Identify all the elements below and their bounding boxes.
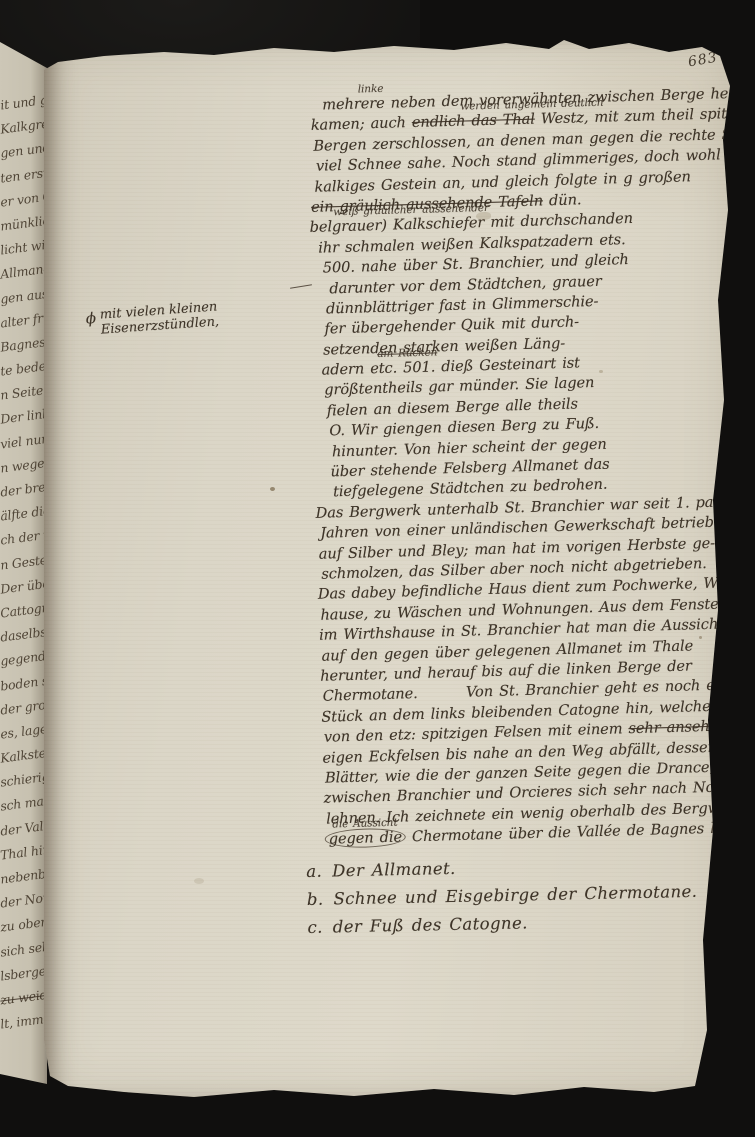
text-segment: sehr ansehn (628, 718, 719, 738)
manuscript-page: 683 ϕ mit vielen kleinen Eisenerzstündle… (44, 40, 730, 1098)
interlinear-insert: am Rücken (377, 347, 437, 359)
list-item-label: c. (307, 918, 323, 937)
list-item-label: a. (306, 862, 322, 881)
paper-stain (194, 878, 204, 884)
ink-speck (270, 487, 275, 491)
facing-page-fragments: it und großenKalkgreisen,gen und weitert… (0, 88, 46, 1031)
margin-note: ϕ mit vielen kleinen Eisenerzstündlen, (85, 299, 219, 338)
body-text: linkemehrere neben dem vorerwähnten zwis… (304, 84, 730, 850)
photographed-manuscript: { "document": { "page_number": "683", "m… (0, 0, 755, 1137)
list-item-text: der Fuß des Catogne. (333, 913, 528, 936)
caption-list: a.Der Allmanet.b.Schnee und Eisgebirge d… (306, 850, 698, 942)
list-item-text: Der Allmanet. (332, 859, 456, 881)
text-segment: dün. (543, 191, 582, 209)
list-item-label: b. (307, 890, 324, 909)
facing-page-edge: it und großenKalkgreisen,gen und weitert… (0, 32, 47, 1090)
page-number: 683 (687, 50, 719, 71)
interlinear-insert: die Aussicht (332, 818, 398, 830)
facing-page-fragment: lt, immer (0, 1007, 47, 1037)
margin-note-text: mit vielen kleinen Eisenerzstündlen, (99, 299, 219, 337)
margin-note-mark: ϕ (85, 311, 97, 339)
text-segment: kamen; auch (311, 114, 413, 134)
text-segment: gegen die (324, 828, 406, 849)
interlinear-insert: linke (358, 84, 384, 95)
text-segment: schön- (719, 716, 730, 734)
text-segment: endlich das Thal (412, 111, 535, 131)
list-item-text: Schnee und Eisgebirge der Chermotane. (333, 882, 697, 909)
